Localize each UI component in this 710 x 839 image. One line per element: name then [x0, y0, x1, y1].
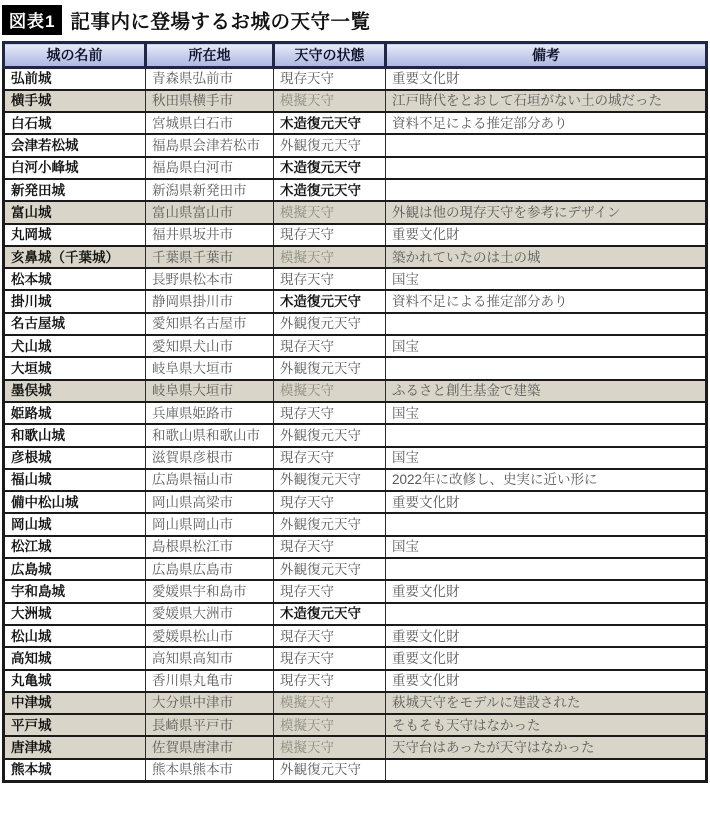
castle-name-cell: 備中松山城 [4, 491, 146, 513]
notes-cell [386, 603, 707, 625]
castle-name-cell: 松本城 [4, 268, 146, 290]
keep-status-cell: 木造復元天守 [274, 290, 386, 312]
castle-name-cell: 白石城 [4, 112, 146, 134]
castle-name-cell: 新発田城 [4, 179, 146, 201]
notes-cell: 重要文化財 [386, 68, 707, 90]
keep-status-cell: 現存天守 [274, 68, 386, 90]
table-row: 中津城 大分県中津市 模擬天守 萩城天守をモデルに建設された [4, 692, 707, 714]
notes-cell [386, 424, 707, 446]
notes-cell: そもそも天守はなかった [386, 714, 707, 736]
location-cell: 和歌山県和歌山市 [146, 424, 274, 446]
notes-cell: 重要文化財 [386, 625, 707, 647]
castle-name-cell: 白河小峰城 [4, 157, 146, 179]
keep-status-cell: 模擬天守 [274, 246, 386, 268]
keep-status-cell: 木造復元天守 [274, 603, 386, 625]
castle-name-cell: 大垣城 [4, 357, 146, 379]
table-row: 熊本城 熊本県熊本市 外観復元天守 [4, 759, 707, 781]
table-row: 福山城 広島県福山市 外観復元天守 2022年に改修し、史実に近い形に [4, 469, 707, 491]
keep-status-cell: 模擬天守 [274, 714, 386, 736]
table-row: 姫路城 兵庫県姫路市 現存天守 国宝 [4, 402, 707, 424]
castle-name-cell: 唐津城 [4, 736, 146, 758]
notes-cell: 重要文化財 [386, 491, 707, 513]
table-row: 犬山城 愛知県犬山市 現存天守 国宝 [4, 335, 707, 357]
location-cell: 島根県松江市 [146, 536, 274, 558]
table-row: 大洲城 愛媛県大洲市 木造復元天守 [4, 603, 707, 625]
castle-name-cell: 熊本城 [4, 759, 146, 781]
location-cell: 福島県白河市 [146, 157, 274, 179]
location-cell: 長野県松本市 [146, 268, 274, 290]
notes-cell [386, 134, 707, 156]
location-cell: 広島県福山市 [146, 469, 274, 491]
notes-cell: 国宝 [386, 536, 707, 558]
location-cell: 新潟県新発田市 [146, 179, 274, 201]
keep-status-cell: 現存天守 [274, 536, 386, 558]
castle-name-cell: 高知城 [4, 647, 146, 669]
table-row: 白石城 宮城県白石市 木造復元天守 資料不足による推定部分あり [4, 112, 707, 134]
figure-number-badge: 図表1 [2, 5, 62, 35]
keep-status-cell: 外観復元天守 [274, 424, 386, 446]
table-row: 広島城 広島県広島市 外観復元天守 [4, 558, 707, 580]
castle-name-cell: 岡山城 [4, 513, 146, 535]
figure-page: 図表1 記事内に登場するお城の天守一覧 城の名前 所在地 天守の状態 備考 弘前… [0, 0, 710, 783]
notes-cell: 外観は他の現存天守を参考にデザイン [386, 201, 707, 223]
keep-status-cell: 模擬天守 [274, 692, 386, 714]
castle-name-cell: 墨俣城 [4, 380, 146, 402]
notes-cell: 萩城天守をモデルに建設された [386, 692, 707, 714]
notes-cell: 築かれていたのは土の城 [386, 246, 707, 268]
table-row: 松山城 愛媛県松山市 現存天守 重要文化財 [4, 625, 707, 647]
keep-status-cell: 外観復元天守 [274, 759, 386, 781]
figure-title: 記事内に登場するお城の天守一覧 [70, 6, 370, 34]
table-row: 高知城 高知県高知市 現存天守 重要文化財 [4, 647, 707, 669]
location-cell: 滋賀県彦根市 [146, 447, 274, 469]
location-cell: 福島県会津若松市 [146, 134, 274, 156]
location-cell: 大分県中津市 [146, 692, 274, 714]
location-cell: 広島県広島市 [146, 558, 274, 580]
table-row: 備中松山城 岡山県高梁市 現存天守 重要文化財 [4, 491, 707, 513]
table-row: 横手城 秋田県横手市 模擬天守 江戸時代をとおして石垣がない土の城だった [4, 90, 707, 112]
table-row: 丸亀城 香川県丸亀市 現存天守 重要文化財 [4, 670, 707, 692]
notes-cell: 資料不足による推定部分あり [386, 112, 707, 134]
keep-status-cell: 現存天守 [274, 335, 386, 357]
keep-status-cell: 現存天守 [274, 580, 386, 602]
keep-status-cell: 木造復元天守 [274, 112, 386, 134]
location-cell: 愛知県犬山市 [146, 335, 274, 357]
column-header-castle-name: 城の名前 [4, 43, 146, 68]
notes-cell: 2022年に改修し、史実に近い形に [386, 469, 707, 491]
table-row: 和歌山城 和歌山県和歌山市 外観復元天守 [4, 424, 707, 446]
keep-status-cell: 現存天守 [274, 224, 386, 246]
location-cell: 愛知県名古屋市 [146, 313, 274, 335]
notes-cell: 国宝 [386, 402, 707, 424]
location-cell: 岡山県高梁市 [146, 491, 274, 513]
notes-cell [386, 157, 707, 179]
castle-name-cell: 彦根城 [4, 447, 146, 469]
keep-status-cell: 模擬天守 [274, 380, 386, 402]
table-row: 富山城 富山県富山市 模擬天守 外観は他の現存天守を参考にデザイン [4, 201, 707, 223]
castle-name-cell: 丸亀城 [4, 670, 146, 692]
table-row: 彦根城 滋賀県彦根市 現存天守 国宝 [4, 447, 707, 469]
castle-name-cell: 平戸城 [4, 714, 146, 736]
castle-name-cell: 福山城 [4, 469, 146, 491]
castle-keep-table: 城の名前 所在地 天守の状態 備考 弘前城 青森県弘前市 現存天守 重要文化財 … [2, 41, 708, 783]
notes-cell: 江戸時代をとおして石垣がない土の城だった [386, 90, 707, 112]
castle-name-cell: 横手城 [4, 90, 146, 112]
keep-status-cell: 現存天守 [274, 647, 386, 669]
notes-cell [386, 313, 707, 335]
notes-cell: 重要文化財 [386, 670, 707, 692]
table-row: 掛川城 静岡県掛川市 木造復元天守 資料不足による推定部分あり [4, 290, 707, 312]
column-header-keep-status: 天守の状態 [274, 43, 386, 68]
notes-cell [386, 558, 707, 580]
location-cell: 高知県高知市 [146, 647, 274, 669]
castle-name-cell: 富山城 [4, 201, 146, 223]
table-row: 亥鼻城（千葉城） 千葉県千葉市 模擬天守 築かれていたのは土の城 [4, 246, 707, 268]
notes-cell [386, 357, 707, 379]
castle-name-cell: 名古屋城 [4, 313, 146, 335]
keep-status-cell: 外観復元天守 [274, 558, 386, 580]
location-cell: 兵庫県姫路市 [146, 402, 274, 424]
table-row: 弘前城 青森県弘前市 現存天守 重要文化財 [4, 68, 707, 90]
castle-name-cell: 広島城 [4, 558, 146, 580]
notes-cell: 天守台はあったが天守はなかった [386, 736, 707, 758]
table-row: 名古屋城 愛知県名古屋市 外観復元天守 [4, 313, 707, 335]
castle-name-cell: 掛川城 [4, 290, 146, 312]
keep-status-cell: 外観復元天守 [274, 513, 386, 535]
keep-status-cell: 現存天守 [274, 670, 386, 692]
castle-name-cell: 松江城 [4, 536, 146, 558]
table-row: 松本城 長野県松本市 現存天守 国宝 [4, 268, 707, 290]
castle-name-cell: 犬山城 [4, 335, 146, 357]
notes-cell [386, 179, 707, 201]
figure-title-bar: 図表1 記事内に登場するお城の天守一覧 [2, 5, 708, 35]
location-cell: 岐阜県大垣市 [146, 380, 274, 402]
table-row: 白河小峰城 福島県白河市 木造復元天守 [4, 157, 707, 179]
keep-status-cell: 現存天守 [274, 268, 386, 290]
location-cell: 愛媛県大洲市 [146, 603, 274, 625]
location-cell: 静岡県掛川市 [146, 290, 274, 312]
notes-cell: 重要文化財 [386, 580, 707, 602]
notes-cell: 資料不足による推定部分あり [386, 290, 707, 312]
notes-cell: 国宝 [386, 268, 707, 290]
table-row: 会津若松城 福島県会津若松市 外観復元天守 [4, 134, 707, 156]
location-cell: 長崎県平戸市 [146, 714, 274, 736]
location-cell: 佐賀県唐津市 [146, 736, 274, 758]
keep-status-cell: 木造復元天守 [274, 179, 386, 201]
location-cell: 熊本県熊本市 [146, 759, 274, 781]
location-cell: 香川県丸亀市 [146, 670, 274, 692]
notes-cell [386, 513, 707, 535]
keep-status-cell: 模擬天守 [274, 201, 386, 223]
keep-status-cell: 模擬天守 [274, 736, 386, 758]
keep-status-cell: 木造復元天守 [274, 157, 386, 179]
location-cell: 愛媛県宇和島市 [146, 580, 274, 602]
table-row: 大垣城 岐阜県大垣市 外観復元天守 [4, 357, 707, 379]
column-header-notes: 備考 [386, 43, 707, 68]
location-cell: 千葉県千葉市 [146, 246, 274, 268]
castle-name-cell: 松山城 [4, 625, 146, 647]
castle-name-cell: 大洲城 [4, 603, 146, 625]
table-row: 宇和島城 愛媛県宇和島市 現存天守 重要文化財 [4, 580, 707, 602]
column-header-location: 所在地 [146, 43, 274, 68]
table-row: 岡山城 岡山県岡山市 外観復元天守 [4, 513, 707, 535]
table-row: 墨俣城 岐阜県大垣市 模擬天守 ふるさと創生基金で建築 [4, 380, 707, 402]
keep-status-cell: 外観復元天守 [274, 469, 386, 491]
location-cell: 秋田県横手市 [146, 90, 274, 112]
notes-cell: 重要文化財 [386, 224, 707, 246]
castle-name-cell: 丸岡城 [4, 224, 146, 246]
location-cell: 岐阜県大垣市 [146, 357, 274, 379]
table-row: 平戸城 長崎県平戸市 模擬天守 そもそも天守はなかった [4, 714, 707, 736]
castle-name-cell: 亥鼻城（千葉城） [4, 246, 146, 268]
location-cell: 青森県弘前市 [146, 68, 274, 90]
castle-name-cell: 姫路城 [4, 402, 146, 424]
table-row: 新発田城 新潟県新発田市 木造復元天守 [4, 179, 707, 201]
castle-name-cell: 宇和島城 [4, 580, 146, 602]
castle-name-cell: 和歌山城 [4, 424, 146, 446]
keep-status-cell: 現存天守 [274, 625, 386, 647]
notes-cell: 国宝 [386, 335, 707, 357]
castle-name-cell: 弘前城 [4, 68, 146, 90]
keep-status-cell: 外観復元天守 [274, 357, 386, 379]
table-row: 丸岡城 福井県坂井市 現存天守 重要文化財 [4, 224, 707, 246]
keep-status-cell: 外観復元天守 [274, 134, 386, 156]
notes-cell: 国宝 [386, 447, 707, 469]
castle-name-cell: 中津城 [4, 692, 146, 714]
location-cell: 福井県坂井市 [146, 224, 274, 246]
table-row: 唐津城 佐賀県唐津市 模擬天守 天守台はあったが天守はなかった [4, 736, 707, 758]
notes-cell: 重要文化財 [386, 647, 707, 669]
keep-status-cell: 外観復元天守 [274, 313, 386, 335]
notes-cell: ふるさと創生基金で建築 [386, 380, 707, 402]
keep-status-cell: 現存天守 [274, 491, 386, 513]
keep-status-cell: 現存天守 [274, 447, 386, 469]
location-cell: 富山県富山市 [146, 201, 274, 223]
location-cell: 愛媛県松山市 [146, 625, 274, 647]
location-cell: 宮城県白石市 [146, 112, 274, 134]
keep-status-cell: 現存天守 [274, 402, 386, 424]
table-row: 松江城 島根県松江市 現存天守 国宝 [4, 536, 707, 558]
keep-status-cell: 模擬天守 [274, 90, 386, 112]
castle-name-cell: 会津若松城 [4, 134, 146, 156]
location-cell: 岡山県岡山市 [146, 513, 274, 535]
table-header-row: 城の名前 所在地 天守の状態 備考 [4, 43, 707, 68]
notes-cell [386, 759, 707, 781]
